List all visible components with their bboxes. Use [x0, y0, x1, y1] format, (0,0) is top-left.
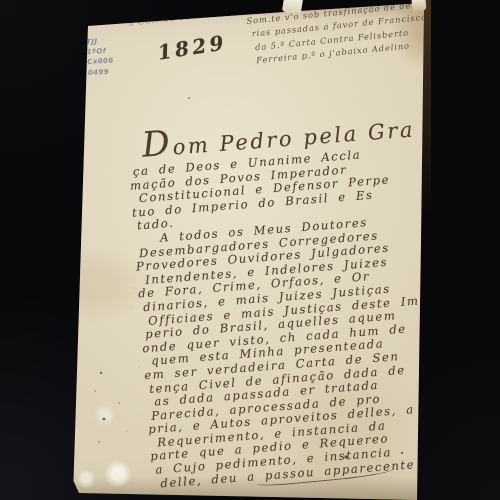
title-note: Ordinaria Gl. Roiz am.te de Toda a Com.d…	[97, 0, 269, 32]
archival-reference-line: Cx006	[87, 56, 114, 68]
archival-reference-line: 0499	[88, 66, 115, 78]
year-mark: 1829	[156, 30, 229, 65]
photograph-background: Ordinaria Gl. Roiz am.te de Toda a Com.d…	[0, 0, 500, 500]
body-lines: ça de Deos e Unanime Accla mação dos Pov…	[129, 144, 441, 491]
body-text: Dom Pedro pela Gra ça de Deos e Unanime …	[126, 110, 441, 494]
paper-corner-notch	[411, 0, 426, 12]
archival-reference: TJJ 1ºOf Cx006 0499	[86, 36, 114, 78]
ink-specks	[100, 372, 102, 374]
title-note-line: Ordinaria Gl. Roiz am.te de Toda	[97, 0, 267, 20]
marginal-note: Som.te v'o sob trasfinação de dez rias p…	[246, 0, 430, 68]
